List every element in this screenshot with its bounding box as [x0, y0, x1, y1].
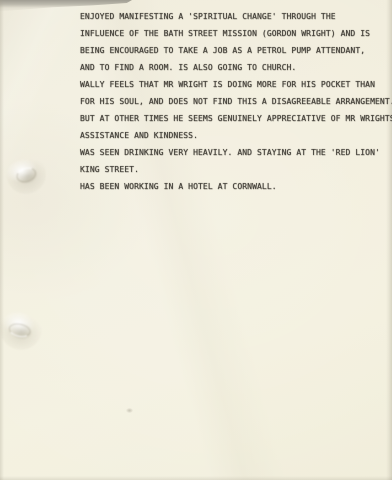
- document-line: INFLUENCE OF THE BATH STREET MISSION (GO…: [80, 25, 390, 42]
- document-line: ASSISTANCE AND KINDNESS.: [80, 127, 390, 144]
- document-line: KING STREET.: [80, 161, 390, 178]
- document-line: BEING ENCOURAGED TO TAKE A JOB AS A PETR…: [80, 42, 390, 59]
- document-line: WAS SEEN DRINKING VERY HEAVILY. AND STAY…: [80, 144, 390, 161]
- document-line: ENJOYED MANIFESTING A 'SPIRITUAL CHANGE'…: [80, 8, 390, 25]
- scanned-document-page: ENJOYED MANIFESTING A 'SPIRITUAL CHANGE'…: [0, 0, 392, 480]
- paper-crease-mark-upper: [1, 149, 51, 199]
- document-line: HAS BEEN WORKING IN A HOTEL AT CORNWALL.: [80, 178, 390, 195]
- document-line: BUT AT OTHER TIMES HE SEEMS GENUINELY AP…: [80, 110, 390, 127]
- document-line: AND TO FIND A ROOM. IS ALSO GOING TO CHU…: [80, 59, 390, 76]
- document-line: WALLY FEELS THAT MR WRIGHT IS DOING MORE…: [80, 76, 390, 93]
- typewritten-text-block: ENJOYED MANIFESTING A 'SPIRITUAL CHANGE'…: [80, 8, 390, 195]
- paper-crease-mark-lower: [0, 304, 46, 354]
- paper-speck: [126, 408, 133, 413]
- document-line: FOR HIS SOUL, AND DOES NOT FIND THIS A D…: [80, 93, 390, 110]
- paper-bottom-edge-shadow: [0, 476, 392, 480]
- paper-left-edge-shadow: [0, 0, 4, 480]
